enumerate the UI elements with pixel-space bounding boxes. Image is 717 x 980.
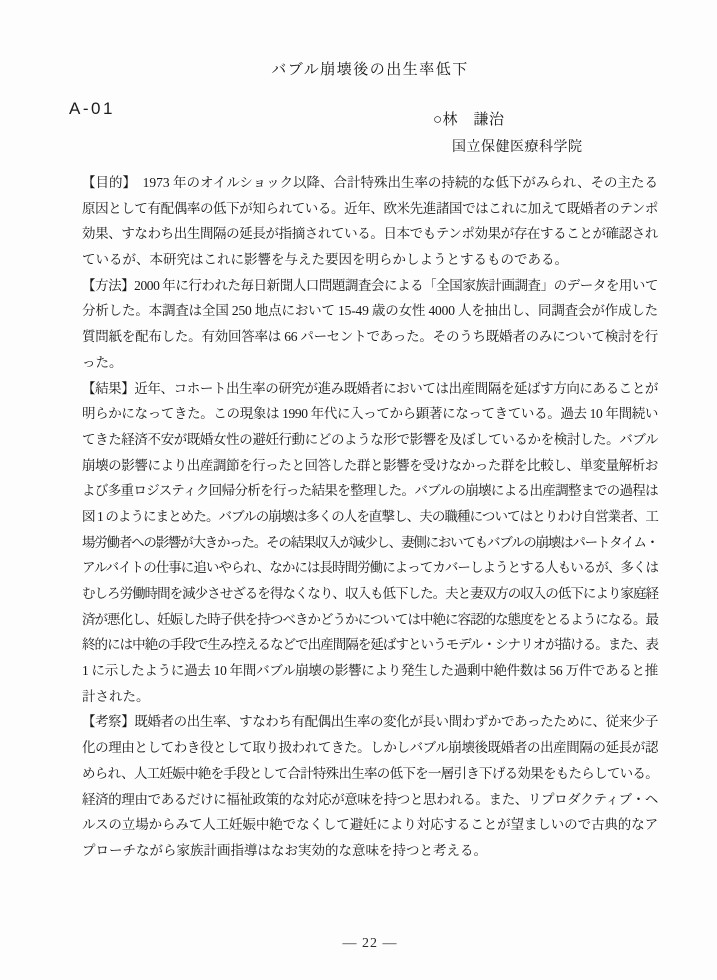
body-line: よび多重ロジスティク回帰分析を行った結果を整理した。バブルの崩壊による出産調整ま… (82, 478, 658, 504)
body-line: 分析した。本調査は全国 250 地点において 15-49 歳の女性 4000 人… (82, 298, 658, 324)
section-objective: 【目的】 1973 年のオイルショック以降、合計特殊出生率の持続的な低下がみられ… (82, 170, 658, 273)
abstract-body: 【目的】 1973 年のオイルショック以降、合計特殊出生率の持続的な低下がみられ… (82, 170, 658, 864)
body-line: った。 (82, 350, 658, 376)
scanned-abstract-page: バブル崩壊後の出生率低下 A-01 ○林 謙治 国立保健医療科学院 【目的】 1… (0, 0, 717, 980)
body-line: められ、人工妊娠中絶を手段として合計特殊出生率の低下を一層引き下げる効果をもたら… (82, 761, 658, 787)
body-line: むしろ労働時間を減少させざるを得なくなり、収入も低下した。夫と妻双方の収入の低下… (82, 581, 658, 607)
body-line: プローチながら家族計画指導はなお実効的な意味を持つと考える。 (82, 838, 658, 864)
page-number: — 22 — (82, 936, 658, 952)
body-line: 終的には中絶の手段で生み控えるなどで出産間隔を延ばすというモデル・シナリオが描け… (82, 632, 658, 658)
body-line: 1 に示したように過去 10 年間バブル崩壊の影響により発生した過剰中絶件数は … (82, 658, 658, 684)
presenter-name: ○林 謙治 (433, 108, 505, 129)
section-discussion: 【考察】既婚者の出生率、すなわち有配偶出生率の変化が長い間わずかであったために、… (82, 709, 658, 863)
body-line: 【結果】近年、コホート出生率の研究が進み既婚者においては出産間隔を延ばす方向にあ… (82, 376, 658, 402)
body-line: てきた経済不安が既婚女性の避妊行動にどのような形で影響を及ぼしているかを検討した… (82, 427, 658, 453)
body-line: アルバイトの仕事に追いやられ、なかには長時間労働によってカバーしようとする人もい… (82, 555, 658, 581)
body-line: 効果、すなわち出生間隔の延長が指摘されている。日本でもテンポ効果が存在することが… (82, 221, 658, 247)
body-line: 【方法】2000 年に行われた毎日新聞人口問題調査会による「全国家族計画調査」の… (82, 273, 658, 299)
section-results: 【結果】近年、コホート出生率の研究が進み既婚者においては出産間隔を延ばす方向にあ… (82, 376, 658, 710)
body-line: 原因として有配偶率の低下が知られている。近年、欧米先進諸国ではこれに加えて既婚者… (82, 196, 658, 222)
affiliation: 国立保健医療科学院 (452, 136, 583, 156)
body-line: 崩壊の影響により出産調節を行ったと回答した群と影響を受けなかった群を比較し、単変… (82, 453, 658, 479)
body-line: 図 1 のようにまとめた。バブルの崩壊は多くの人を直撃し、夫の職種についてはとり… (82, 504, 658, 530)
body-line: ルスの立場からみて人工妊娠中絶でなくして避妊により対応することが望ましいので古典… (82, 812, 658, 838)
body-line: ているが、本研究はこれに影響を与えた要因を明らかしようとするものである。 (82, 247, 658, 273)
body-line: 【目的】 1973 年のオイルショック以降、合計特殊出生率の持続的な低下がみられ… (82, 170, 658, 196)
body-line: 場労働者への影響が大きかった。その結果収入が減少し、妻側においてもバブルの崩壊は… (82, 530, 658, 556)
body-line: 質問紙を配布した。有効回答率は 66 パーセントであった。そのうち既婚者のみにつ… (82, 324, 658, 350)
body-line: 【考察】既婚者の出生率、すなわち有配偶出生率の変化が長い間わずかであったために、… (82, 709, 658, 735)
body-line: 経済的理由であるだけに福祉政策的な対応が意味を持つと思われる。また、リプロダクテ… (82, 787, 658, 813)
session-code: A-01 (69, 99, 115, 119)
body-line: 明らかになってきた。この現象は 1990 年代に入ってから顕著になってきている。… (82, 401, 658, 427)
body-line: 化の理由としてわき役として取り扱われてきた。しかしバブル崩壊後既婚者の出産間隔の… (82, 735, 658, 761)
page-title: バブル崩壊後の出生率低下 (82, 58, 658, 79)
body-line: 計された。 (82, 684, 658, 710)
section-method: 【方法】2000 年に行われた毎日新聞人口問題調査会による「全国家族計画調査」の… (82, 273, 658, 376)
body-line: 済が悪化し、妊娠した時子供を持つべきかどうかについては中絶に容認的な態度をとるよ… (82, 607, 658, 633)
